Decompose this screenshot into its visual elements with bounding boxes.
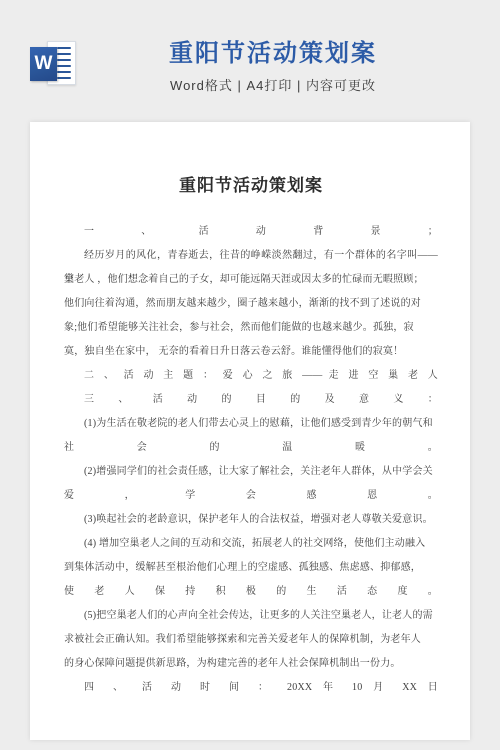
template-header: W 重阳节活动策划案 Word格式 | A4打印 | 内容可更改 [0, 0, 500, 122]
template-title: 重阳节活动策划案 [46, 40, 500, 68]
document-line: 四 、 活 动 时 间 ： 20XX 年 10 月 XX 日 [64, 676, 438, 700]
document-line: 象;他们希望能够关注社会，参与社会，然而他们能做的也越来越少。孤独，寂 [64, 316, 438, 340]
document-line: 巢老人 ，他们想念着自己的子女，却可能远隔天涯或因太多的忙碌而无暇照顾； [64, 268, 438, 292]
document-line: (2)增强同学们的社会责任感，让大家了解社会，关注老年人群体，从中学会关 [64, 460, 438, 484]
document-line: 经历岁月的风化，青春逝去，往昔的峥嵘淡然翻过，有一个群体的名字叫—— 空 [64, 244, 438, 268]
template-subtitle: Word格式 | A4打印 | 内容可更改 [46, 75, 500, 94]
document-line: 到集体活动中，缓解甚至根治他们心理上的空虚感、孤独感、焦虑感、抑郁感， [64, 556, 438, 580]
document-line: (1)为生活在敬老院的老人们带去心灵上的慰藉，让他们感受到青少年的朝气和 [64, 412, 438, 436]
document-body: 一 、 活 动 背 景 ； 经历岁月的风化，青春逝去，往昔的峥嵘淡然翻过，有一个… [64, 220, 438, 700]
document-page: 重阳节活动策划案 一 、 活 动 背 景 ； 经历岁月的风化，青春逝去，往昔的峥… [30, 122, 470, 740]
page-background: W 重阳节活动策划案 Word格式 | A4打印 | 内容可更改 重阳节活动策划… [0, 0, 500, 750]
document-line: 的身心保障问题提供新思路，为构建完善的老年人社会保障机制出一份力。 [64, 652, 438, 676]
document-line: 一 、 活 动 背 景 ； [64, 220, 438, 244]
header-text: 重阳节活动策划案 Word格式 | A4打印 | 内容可更改 [46, 40, 500, 94]
document-line: 寞，独自坐在家中， 无奈的看着日升日落云卷云舒。谁能懂得他们的寂寞！ [64, 340, 438, 364]
document-line: (5)把空巢老人们的心声向全社会传达，让更多的人关注空巢老人，让老人的需 [64, 604, 438, 628]
document-line: 三 、 活 动 的 目 的 及 意 义 ： [64, 388, 438, 412]
document-line: (4) 增加空巢老人之间的互动和交流，拓展老人的社交网络，使他们主动融入 [64, 532, 438, 556]
document-line: 求被社会正确认知。我们希望能够探索和完善关爱老年人的保障机制，为老年人 [64, 628, 438, 652]
document-line: 二 、 活 动 主 题 ： 爱 心 之 旅 —— 走 进 空 巢 老 人 [64, 364, 438, 388]
document-line: 爱 ， 学 会 感 恩 。 [64, 484, 438, 508]
document-line: (3)唤起社会的老龄意识，保护老年人的合法权益，增强对老人尊敬关爱意识。 [64, 508, 438, 532]
document-title: 重阳节活动策划案 [64, 174, 438, 198]
document-line: 使 老 人 保 持 积 极 的 生 活 态 度 。 [64, 580, 438, 604]
document-line: 他们向往着沟通，然而朋友越来越少，圈子越来越小，渐渐的找不到了述说的对 [64, 292, 438, 316]
document-line: 社 会 的 温 暖 。 [64, 436, 438, 460]
